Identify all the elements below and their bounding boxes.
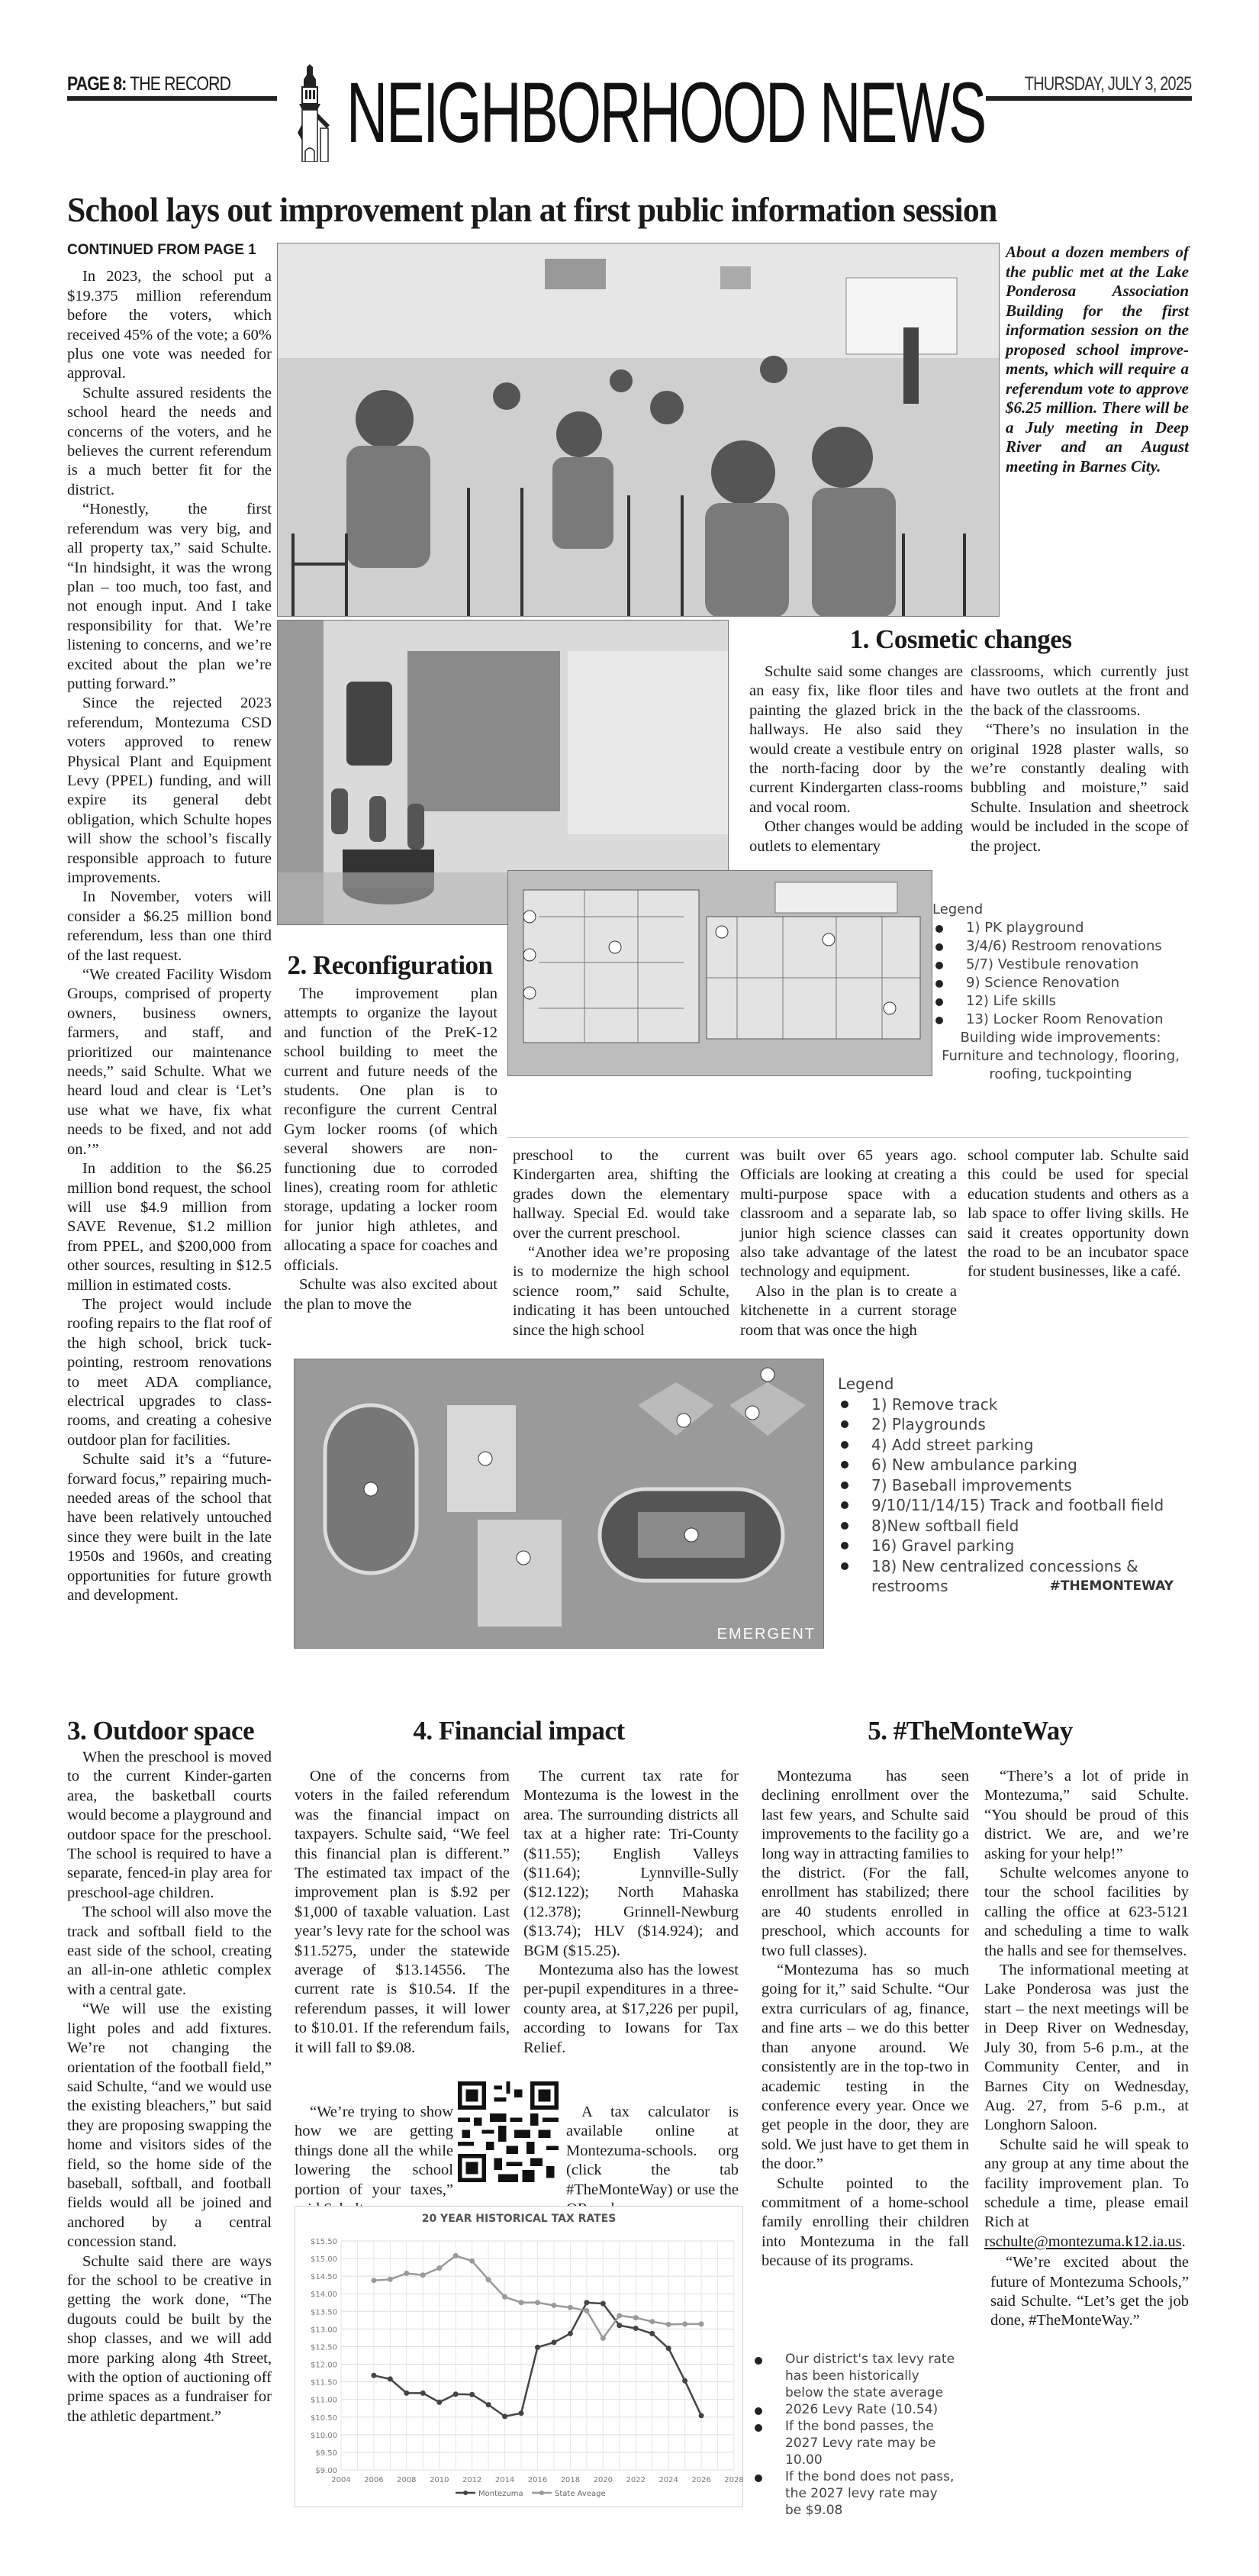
paragraph: Schulte welcomes anyone to tour the scho… — [984, 1864, 1189, 1961]
legend-item: 2) Playgrounds — [838, 1414, 1189, 1435]
intro-paragraph: Schulte said it’s a “future-forward focu… — [67, 1450, 272, 1605]
svg-text:2004: 2004 — [331, 2476, 350, 2484]
chart-note-item: Our district's tax levy rate has been hi… — [752, 2351, 958, 2401]
paragraph: Also in the plan is to create a kitchene… — [740, 1282, 957, 1340]
financial-column-2: The current tax rate for Montezuma is th… — [523, 1767, 739, 2058]
svg-text:$14.50: $14.50 — [311, 2273, 337, 2281]
svg-text:$11.00: $11.00 — [311, 2397, 337, 2405]
legend-item: 1) PK playground — [932, 919, 1189, 937]
floorplan-drawing — [508, 871, 932, 1076]
svg-text:$15.00: $15.00 — [311, 2255, 337, 2264]
reconfig-column-2: preschool to the current Kindergarten ar… — [513, 1146, 729, 1340]
legend-title: Legend — [932, 901, 1189, 919]
site-map-legend: Legend 1) Remove track 2) Playgrounds 4)… — [838, 1374, 1189, 1597]
qr-code[interactable] — [458, 2081, 559, 2182]
outdoor-column: When the preschool is moved to the curre… — [67, 1748, 272, 2426]
svg-text:$15.50: $15.50 — [311, 2238, 337, 2246]
chart-note-item: If the bond passes, the 2027 Levy rate m… — [752, 2418, 958, 2468]
svg-text:2008: 2008 — [397, 2476, 416, 2484]
paragraph: “We’re excited about the future of Monte… — [984, 2253, 1189, 2331]
svg-text:2016: 2016 — [528, 2476, 547, 2484]
paragraph: Schulte said some changes are an easy fi… — [749, 663, 963, 817]
svg-text:2028: 2028 — [724, 2476, 743, 2484]
section-heading-reconfiguration: 2. Reconfiguration — [279, 950, 501, 981]
legend-item: 16) Gravel parking — [838, 1536, 1189, 1556]
legend-item: 13) Locker Room Renovation — [932, 1011, 1189, 1029]
svg-text:2010: 2010 — [430, 2476, 449, 2484]
section-heading-financial: 4. Financial impact — [294, 1716, 744, 1746]
svg-text:$12.50: $12.50 — [311, 2343, 337, 2352]
intro-paragraph: The project would include roofing repair… — [67, 1295, 272, 1450]
section-heading-outdoor: 3. Outdoor space — [67, 1716, 275, 1746]
paragraph: Other changes would be adding outlets to… — [749, 817, 963, 856]
svg-text:2020: 2020 — [594, 2476, 613, 2484]
svg-text:$14.00: $14.00 — [311, 2291, 337, 2299]
legend-item: 4) Add street parking — [838, 1435, 1189, 1456]
paragraph: classrooms, which currently just have tw… — [971, 663, 1189, 721]
svg-text:$9.00: $9.00 — [315, 2467, 337, 2475]
tax-calculator-note: A tax calculator is available online at … — [566, 2103, 739, 2219]
paragraph: Schulte said there are ways for the scho… — [67, 2252, 272, 2427]
svg-text:$13.50: $13.50 — [311, 2308, 337, 2316]
building-floorplan-image — [507, 870, 932, 1076]
paragraph: Montezuma has seen declining enrollment … — [762, 1767, 969, 1961]
monteway-column-1: Montezuma has seen declining enrollment … — [762, 1767, 969, 2271]
financial-column-1: One of the concerns from voters in the f… — [295, 1767, 510, 2058]
meeting-scene-image — [278, 243, 1000, 617]
email-link[interactable]: rschulte@montezuma.k12.ia.us — [984, 2233, 1182, 2250]
svg-text:2022: 2022 — [626, 2476, 646, 2484]
paragraph: Schulte pointed to the commitment of a h… — [762, 2175, 969, 2271]
legend-item: 9) Science Renovation — [932, 974, 1189, 992]
site-map-drawing — [295, 1359, 824, 1649]
paragraph: Montezuma also has the lowest per-pupil … — [523, 1961, 739, 2058]
svg-text:2006: 2006 — [364, 2476, 383, 2484]
section-heading-cosmetic: 1. Cosmetic changes — [733, 624, 1189, 655]
page-label: PAGE 8: THE RECORD — [67, 73, 230, 95]
masthead-rule-left — [67, 96, 277, 101]
svg-text:$13.00: $13.00 — [311, 2326, 337, 2334]
chart-note-item: If the bond does not pass, the 2027 levy… — [752, 2468, 958, 2519]
intro-paragraph: In 2023, the school put a $19.375 millio… — [67, 267, 272, 383]
paragraph: was built over 65 years ago. Officials a… — [740, 1146, 957, 1282]
svg-text:2018: 2018 — [561, 2476, 580, 2484]
photo-caption: About a dozen members of the public met … — [1006, 243, 1189, 476]
intro-paragraph: In addition to the $6.25 million bond re… — [67, 1159, 272, 1295]
intro-paragraph: “We created Facility Wisdom Groups, comp… — [67, 966, 272, 1159]
paragraph: The school will also move the track and … — [67, 1903, 272, 2000]
legend-item: 5/7) Vestibule renovation — [932, 956, 1189, 974]
clock-tower-icon — [282, 64, 343, 162]
svg-text:2026: 2026 — [691, 2476, 710, 2484]
reconfig-column-1: The improvement plan attempts to organiz… — [284, 985, 497, 1314]
meeting-photo — [277, 243, 1000, 617]
legend-item: 8)New softball field — [838, 1516, 1189, 1536]
intro-paragraph: “Honestly, the first referendum was very… — [67, 500, 272, 694]
svg-text:$10.00: $10.00 — [311, 2432, 337, 2440]
cosmetic-column-1: Schulte said some changes are an easy fi… — [749, 663, 963, 856]
legend-item: 6) New ambulance parking — [838, 1455, 1189, 1475]
issue-date: THURSDAY, JULY 3, 2025 — [1025, 73, 1192, 95]
section-title: NEIGHBORHOOD NEWS — [346, 70, 985, 156]
intro-paragraph: Schulte assured residents the school hea… — [67, 384, 272, 500]
legend-item: 9/10/11/14/15) Track and football field — [838, 1495, 1189, 1516]
masthead-rule-right — [986, 96, 1192, 101]
paragraph: Schulte said he will speak to any group … — [984, 2136, 1189, 2233]
cosmetic-column-2: classrooms, which currently just have tw… — [971, 663, 1189, 856]
svg-text:2014: 2014 — [495, 2476, 514, 2484]
section-heading-monteway: 5. #TheMonteWay — [752, 1716, 1189, 1746]
legend-item: 7) Baseball improvements — [838, 1475, 1189, 1496]
svg-text:$9.50: $9.50 — [315, 2449, 337, 2458]
paragraph: The informational meeting at Lake Ponder… — [984, 1961, 1189, 2136]
intro-paragraph: Since the rejected 2023 referendum, Mont… — [67, 694, 272, 888]
financial-quote: “We’re trying to show how we are getting… — [295, 2103, 453, 2219]
paragraph: preschool to the current Kindergarten ar… — [513, 1146, 729, 1243]
paragraph: “There’s no insulation in the original 1… — [971, 721, 1189, 856]
svg-text:2012: 2012 — [462, 2476, 481, 2484]
divider — [507, 1137, 1189, 1138]
site-aerial-image: EMERGENT — [294, 1359, 824, 1649]
qr-code-icon — [458, 2081, 559, 2182]
tax-rate-chart: 20 YEAR HISTORICAL TAX RATES $9.00$9.50$… — [295, 2206, 743, 2507]
paragraph: The current tax rate for Montezuma is th… — [523, 1767, 739, 1961]
legend-item: 3/4/6) Restroom renovations — [932, 937, 1189, 956]
legend-item: 12) Life skills — [932, 992, 1189, 1011]
section-masthead: NEIGHBORHOOD NEWS — [276, 64, 986, 162]
continued-kicker: CONTINUED FROM PAGE 1 — [67, 240, 272, 260]
svg-text:$10.50: $10.50 — [311, 2414, 337, 2423]
building-map-legend: Legend 1) PK playground 3/4/6) Restroom … — [932, 901, 1189, 1084]
paragraph: A tax calculator is available online at … — [566, 2103, 739, 2219]
hashtag-tag: #THEMONTEWAY — [1050, 1576, 1174, 1597]
chart-notes: Our district's tax levy rate has been hi… — [752, 2351, 958, 2519]
paragraph: When the preschool is moved to the curre… — [67, 1748, 272, 1903]
paragraph: Schulte was also excited about the plan … — [284, 1275, 497, 1314]
paragraph: The improvement plan attempts to organiz… — [284, 985, 497, 1275]
legend-item: 1) Remove track — [838, 1394, 1189, 1415]
paragraph: “Another idea we’re proposing is to mode… — [513, 1243, 729, 1340]
svg-text:2024: 2024 — [658, 2476, 678, 2484]
intro-column: CONTINUED FROM PAGE 1 In 2023, the schoo… — [67, 240, 272, 1605]
paragraph: “We’re trying to show how we are getting… — [295, 2103, 453, 2219]
paragraph: “Montezuma has so much going for it,” sa… — [762, 1961, 969, 2174]
paragraph: school computer lab. Schulte said this c… — [968, 1146, 1189, 1282]
line-chart: $9.00$9.50$10.00$10.50$11.00$11.50$12.00… — [295, 2207, 744, 2508]
legend-title: Legend — [838, 1374, 1189, 1394]
reconfig-column-3: was built over 65 years ago. Officials a… — [740, 1146, 957, 1340]
reconfig-column-4: school computer lab. Schulte said this c… — [968, 1146, 1189, 1282]
architect-watermark: EMERGENT — [717, 1626, 816, 1643]
svg-text:$11.50: $11.50 — [311, 2379, 337, 2387]
svg-text:$12.00: $12.00 — [311, 2362, 337, 2370]
monteway-column-2: “There’s a lot of pride in Montezuma,” s… — [984, 1767, 1189, 2331]
legend-footer: Building wide improvements: Furniture an… — [932, 1029, 1189, 1084]
paragraph: “There’s a lot of pride in Montezuma,” s… — [984, 1767, 1189, 1864]
svg-text:Montezuma: Montezuma — [478, 2490, 523, 2498]
svg-text:State Aveage: State Aveage — [555, 2490, 606, 2498]
headline: School lays out improvement plan at firs… — [67, 189, 1133, 230]
chart-note-item: 2026 Levy Rate (10.54) — [752, 2401, 958, 2418]
paragraph: One of the concerns from voters in the f… — [295, 1767, 510, 2058]
intro-paragraph: In November, voters will consider a $6.2… — [67, 888, 272, 966]
paragraph: “We will use the existing light poles an… — [67, 2000, 272, 2252]
